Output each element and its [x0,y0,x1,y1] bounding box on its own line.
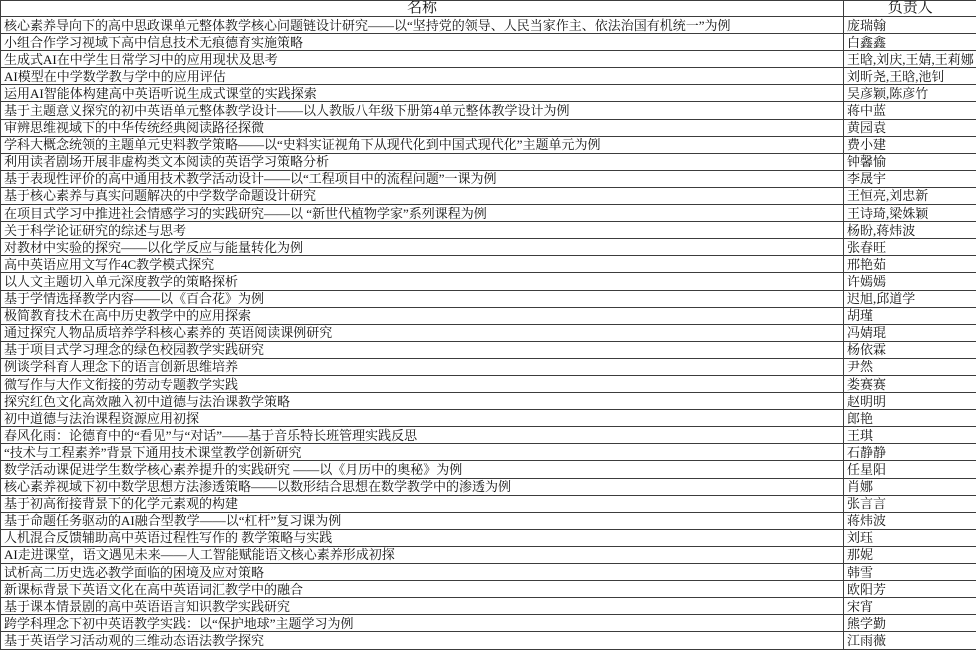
table-row: 高中英语应用文写作4C教学模式探究邢艳茹 [1,256,976,273]
owner-cell[interactable]: 娄赛赛 [844,375,976,392]
owner-cell[interactable]: 李晟宇 [844,170,976,187]
table-row: 基于初高衔接背景下的化学元素观的构建张言言 [1,495,976,512]
owner-cell[interactable]: 郎艳 [844,410,976,427]
owner-cell[interactable]: 宋宵 [844,598,976,615]
owner-cell[interactable]: 那妮 [844,546,976,563]
project-title-cell[interactable]: 通过探究人物品质培养学科核心素养的 英语阅读课例研究 [1,324,844,341]
project-title-cell[interactable]: 试析高二历史选必教学面临的困境及应对策略 [1,564,844,581]
owner-cell[interactable]: 吴彦颖,陈彦竹 [844,85,976,102]
project-title-cell[interactable]: 小组合作学习视域下高中信息技术无痕德育实施策略 [1,34,844,51]
table-row: 基于学情选择教学内容——以《百合花》为例迟旭,邱道学 [1,290,976,307]
table-row: AI模型在中学数学教与学中的应用评估刘昕尧,王晗,池钊 [1,68,976,85]
table-row: 春风化雨：论德育中的“看见”与“对话”——基于音乐特长班管理实践反思王琪 [1,427,976,444]
project-title-cell[interactable]: 基于课本情景剧的高中英语语言知识教学实践研究 [1,598,844,615]
table-row: 核心素养视域下初中数学思想方法渗透策略——以数形结合思想在数学教学中的渗透为例肖… [1,478,976,495]
table-row: 在项目式学习中推进社会情感学习的实践研究——以 “新世代植物学家”系列课程为例王… [1,205,976,222]
table-row: 利用读者剧场开展非虚构类文本阅读的英语学习策略分析钟馨愉 [1,153,976,170]
owner-cell[interactable]: 胡瑾 [844,307,976,324]
project-title-cell[interactable]: 基于表现性评价的高中通用技术教学活动设计——以“工程项目中的流程问题”一课为例 [1,170,844,187]
owner-cell[interactable]: 刘昕尧,王晗,池钊 [844,68,976,85]
table-row: “技术与工程素养”背景下通用技术课堂教学创新研究石静静 [1,444,976,461]
project-title-cell[interactable]: 学科大概念统领的主题单元史料教学策略——以“史料实证视角下从现代化到中国式现代化… [1,136,844,153]
column-header-name[interactable]: 名称 [1,1,844,17]
owner-cell[interactable]: 江雨薇 [844,632,976,650]
project-title-cell[interactable]: 核心素养导向下的高中思政课单元整体教学核心问题链设计研究——以“坚持党的领导、人… [1,17,844,34]
table-row: 基于课本情景剧的高中英语语言知识教学实践研究宋宵 [1,598,976,615]
project-title-cell[interactable]: 以人文主题切入单元深度教学的策略探析 [1,273,844,290]
owner-cell[interactable]: 王晗,刘庆,王婧,王莉娜 [844,51,976,68]
project-title-cell[interactable]: 审辨思维视域下的中华传统经典阅读路径探微 [1,119,844,136]
owner-cell[interactable]: 王恒亮,刘忠新 [844,187,976,204]
owner-cell[interactable]: 熊学勤 [844,615,976,632]
table-row: 基于主题意义探究的初中英语单元整体教学设计——以人教版八年级下册第4单元整体教学… [1,102,976,119]
project-title-cell[interactable]: 人机混合反馈辅助高中英语过程性写作的 教学策略与实践 [1,529,844,546]
project-title-cell[interactable]: 基于命题任务驱动的AI融合型教学——以“杠杆”复习课为例 [1,512,844,529]
project-title-cell[interactable]: 极简教育技术在高中历史教学中的应用探索 [1,307,844,324]
project-title-cell[interactable]: 高中英语应用文写作4C教学模式探究 [1,256,844,273]
table-row: 核心素养导向下的高中思政课单元整体教学核心问题链设计研究——以“坚持党的领导、人… [1,17,976,34]
table-row: 跨学科理念下初中英语教学实践：以“保护地球”主题学习为例熊学勤 [1,615,976,632]
owner-cell[interactable]: 尹然 [844,358,976,375]
project-title-cell[interactable]: 基于初高衔接背景下的化学元素观的构建 [1,495,844,512]
table-row: 人机混合反馈辅助高中英语过程性写作的 教学策略与实践刘珏 [1,529,976,546]
table-row: 以人文主题切入单元深度教学的策略探析许嫣嫣 [1,273,976,290]
table-row: 极简教育技术在高中历史教学中的应用探索胡瑾 [1,307,976,324]
project-title-cell[interactable]: 数学活动课促进学生数学核心素养提升的实践研究 ——以《月历中的奥秘》为例 [1,461,844,478]
owner-cell[interactable]: 欧阳芳 [844,581,976,598]
project-title-cell[interactable]: 基于项目式学习理念的绿色校园教学实践研究 [1,341,844,358]
table-row: 基于命题任务驱动的AI融合型教学——以“杠杆”复习课为例蒋炜波 [1,512,976,529]
owner-cell[interactable]: 邢艳茹 [844,256,976,273]
project-title-cell[interactable]: 探究红色文化高效融入初中道德与法治课教学策略 [1,393,844,410]
table-row: 新课标背景下英语文化在高中英语词汇教学中的融合欧阳芳 [1,581,976,598]
project-title-cell[interactable]: 在项目式学习中推进社会情感学习的实践研究——以 “新世代植物学家”系列课程为例 [1,205,844,222]
project-title-cell[interactable]: 跨学科理念下初中英语教学实践：以“保护地球”主题学习为例 [1,615,844,632]
project-title-cell[interactable]: 基于英语学习活动观的三维动态语法教学探究 [1,632,844,650]
owner-cell[interactable]: 王诗琦,梁姝颖 [844,205,976,222]
owner-cell[interactable]: 肖娜 [844,478,976,495]
project-title-cell[interactable]: 基于学情选择教学内容——以《百合花》为例 [1,290,844,307]
table-row: 小组合作学习视域下高中信息技术无痕德育实施策略白鑫鑫 [1,34,976,51]
table-row: 微写作与大作文衔接的劳动专题教学实践娄赛赛 [1,375,976,392]
owner-cell[interactable]: 韩雪 [844,564,976,581]
owner-cell[interactable]: 任星阳 [844,461,976,478]
table-row: 基于核心素养与真实问题解决的中学数学命题设计研究王恒亮,刘忠新 [1,187,976,204]
owner-cell[interactable]: 黄园袁 [844,119,976,136]
owner-cell[interactable]: 蒋中蓝 [844,102,976,119]
table-body: 核心素养导向下的高中思政课单元整体教学核心问题链设计研究——以“坚持党的领导、人… [1,17,976,650]
column-header-owner[interactable]: 负责人 [844,1,976,17]
header-row: 名称 负责人 [1,1,976,17]
table-row: 学科大概念统领的主题单元史料教学策略——以“史料实证视角下从现代化到中国式现代化… [1,136,976,153]
owner-cell[interactable]: 石静静 [844,444,976,461]
project-title-cell[interactable]: 微写作与大作文衔接的劳动专题教学实践 [1,375,844,392]
project-title-cell[interactable]: 利用读者剧场开展非虚构类文本阅读的英语学习策略分析 [1,153,844,170]
owner-cell[interactable]: 刘珏 [844,529,976,546]
project-title-cell[interactable]: AI模型在中学数学教与学中的应用评估 [1,68,844,85]
owner-cell[interactable]: 杨依霖 [844,341,976,358]
owner-cell[interactable]: 庞瑞翰 [844,17,976,34]
owner-cell[interactable]: 蒋炜波 [844,512,976,529]
table-row: 对教材中实验的探究——以化学反应与能量转化为例张春旺 [1,239,976,256]
table-row: 基于英语学习活动观的三维动态语法教学探究江雨薇 [1,632,976,650]
owner-cell[interactable]: 迟旭,邱道学 [844,290,976,307]
project-title-cell[interactable]: 基于核心素养与真实问题解决的中学数学命题设计研究 [1,187,844,204]
owner-cell[interactable]: 钟馨愉 [844,153,976,170]
owner-cell[interactable]: 冯婧琨 [844,324,976,341]
projects-table: 名称 负责人 核心素养导向下的高中思政课单元整体教学核心问题链设计研究——以“坚… [0,0,976,650]
project-title-cell[interactable]: 生成式AI在中学生日常学习中的应用现状及思考 [1,51,844,68]
table-row: 关于科学论证研究的综述与思考杨盼,蒋炜波 [1,222,976,239]
project-title-cell[interactable]: 初中道德与法治课程资源应用初探 [1,410,844,427]
owner-cell[interactable]: 张春旺 [844,239,976,256]
table-row: 数学活动课促进学生数学核心素养提升的实践研究 ——以《月历中的奥秘》为例任星阳 [1,461,976,478]
table-row: 生成式AI在中学生日常学习中的应用现状及思考王晗,刘庆,王婧,王莉娜 [1,51,976,68]
table-row: 探究红色文化高效融入初中道德与法治课教学策略赵明明 [1,393,976,410]
project-title-cell[interactable]: 新课标背景下英语文化在高中英语词汇教学中的融合 [1,581,844,598]
owner-cell[interactable]: 赵明明 [844,393,976,410]
table-row: 基于项目式学习理念的绿色校园教学实践研究杨依霖 [1,341,976,358]
project-title-cell[interactable]: 核心素养视域下初中数学思想方法渗透策略——以数形结合思想在数学教学中的渗透为例 [1,478,844,495]
project-title-cell[interactable]: 基于主题意义探究的初中英语单元整体教学设计——以人教版八年级下册第4单元整体教学… [1,102,844,119]
owner-cell[interactable]: 张言言 [844,495,976,512]
table-row: 初中道德与法治课程资源应用初探郎艳 [1,410,976,427]
table-row: 基于表现性评价的高中通用技术教学活动设计——以“工程项目中的流程问题”一课为例李… [1,170,976,187]
table-row: 审辨思维视域下的中华传统经典阅读路径探微黄园袁 [1,119,976,136]
owner-cell[interactable]: 费小建 [844,136,976,153]
table-row: 例谈学科育人理念下的语言创新思维培养尹然 [1,358,976,375]
table-row: AI走进课堂，语文遇见未来——人工智能赋能语文核心素养形成初探那妮 [1,546,976,563]
project-title-cell[interactable]: 运用AI智能体构建高中英语听说生成式课堂的实践探索 [1,85,844,102]
owner-cell[interactable]: 许嫣嫣 [844,273,976,290]
project-title-cell[interactable]: 例谈学科育人理念下的语言创新思维培养 [1,358,844,375]
owner-cell[interactable]: 杨盼,蒋炜波 [844,222,976,239]
table-row: 试析高二历史选必教学面临的困境及应对策略韩雪 [1,564,976,581]
table-row: 通过探究人物品质培养学科核心素养的 英语阅读课例研究冯婧琨 [1,324,976,341]
table-row: 运用AI智能体构建高中英语听说生成式课堂的实践探索吴彦颖,陈彦竹 [1,85,976,102]
project-title-cell[interactable]: 对教材中实验的探究——以化学反应与能量转化为例 [1,239,844,256]
project-title-cell[interactable]: 春风化雨：论德育中的“看见”与“对话”——基于音乐特长班管理实践反思 [1,427,844,444]
project-title-cell[interactable]: 关于科学论证研究的综述与思考 [1,222,844,239]
project-title-cell[interactable]: “技术与工程素养”背景下通用技术课堂教学创新研究 [1,444,844,461]
project-title-cell[interactable]: AI走进课堂，语文遇见未来——人工智能赋能语文核心素养形成初探 [1,546,844,563]
owner-cell[interactable]: 王琪 [844,427,976,444]
owner-cell[interactable]: 白鑫鑫 [844,34,976,51]
